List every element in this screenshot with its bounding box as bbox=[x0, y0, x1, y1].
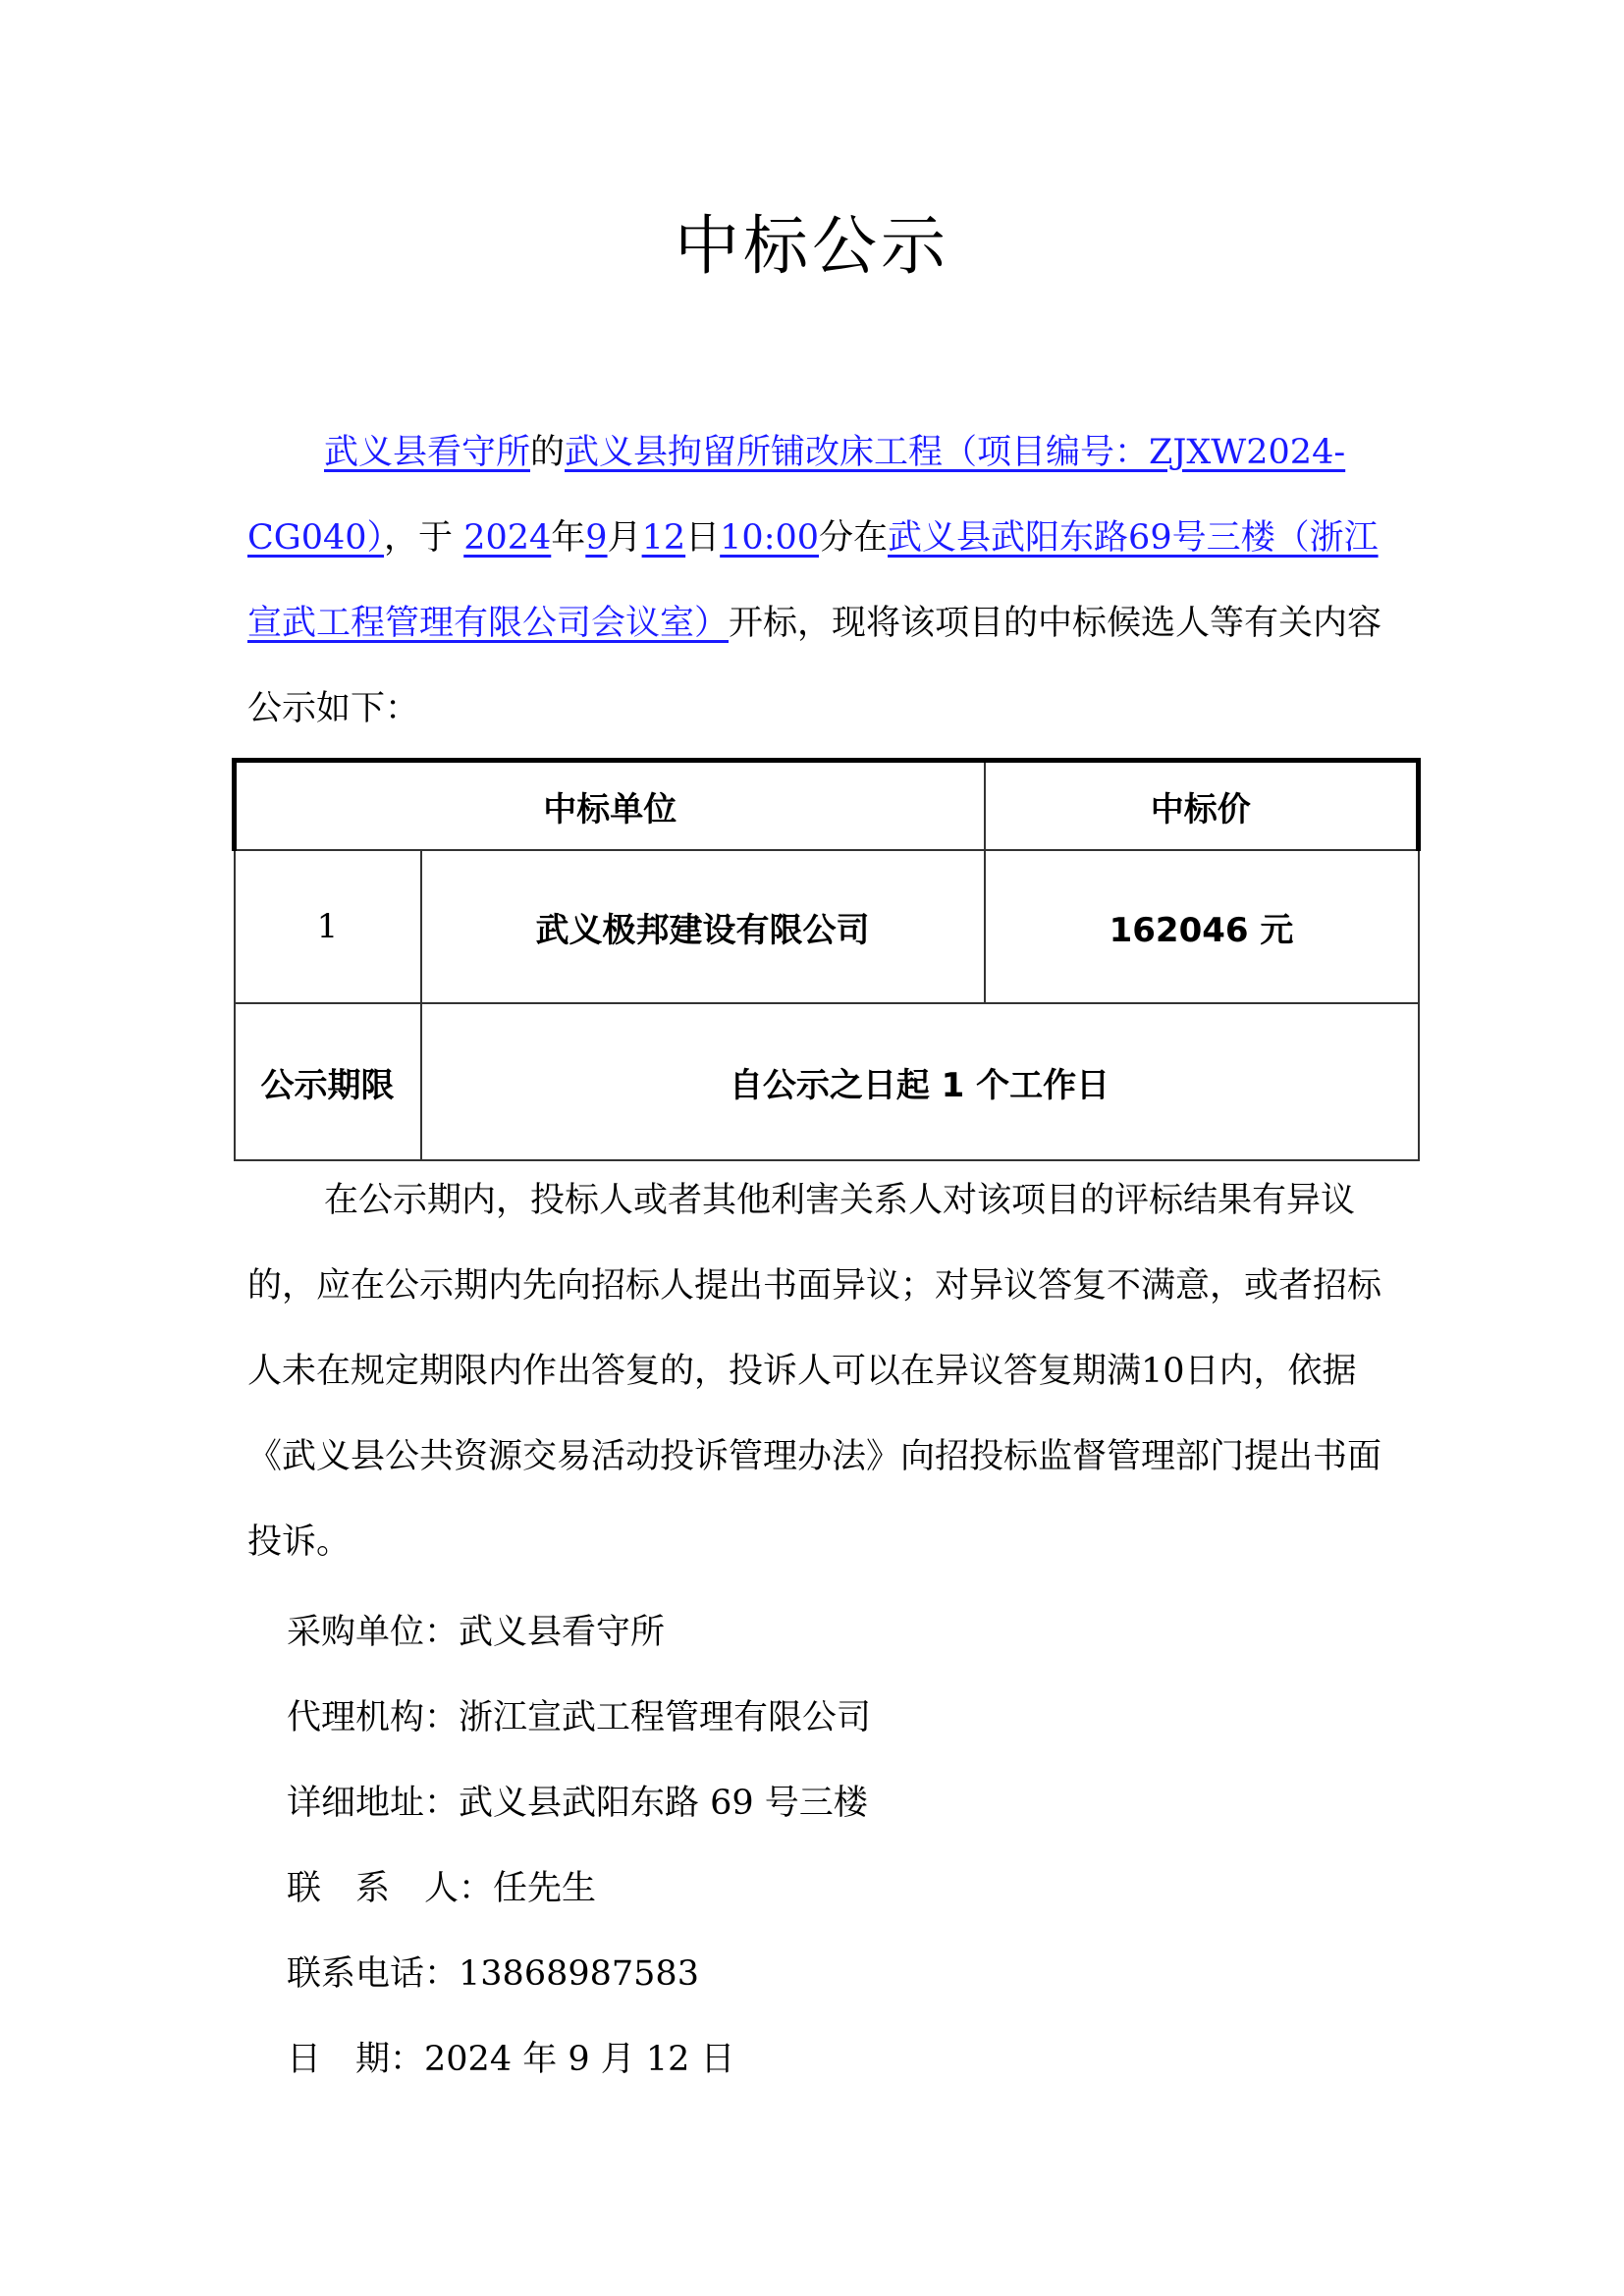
period-value: 自公示之日起 1 个工作日 bbox=[421, 1003, 1419, 1160]
month-link[interactable]: 9 bbox=[585, 518, 607, 558]
row-index: 1 bbox=[235, 850, 421, 1003]
contact-address: 详细地址：武义县武阳东路 69 号三楼 bbox=[287, 1761, 871, 1846]
header-price: 中标价 bbox=[985, 761, 1419, 851]
contact-label: 联 系 人： bbox=[287, 1869, 493, 1908]
time-unit: 分在 bbox=[819, 518, 888, 558]
day-unit: 日 bbox=[685, 518, 720, 558]
contact-phone: 联系电话：13868987583 bbox=[287, 1932, 871, 2017]
table-row-period: 公示期限 自公示之日起 1 个工作日 bbox=[235, 1003, 1419, 1160]
table-row: 1 武义极邦建设有限公司 162046 元 bbox=[235, 850, 1419, 1003]
contact-value: 武义县武阳东路 69 号三楼 bbox=[459, 1784, 868, 1823]
day-link[interactable]: 12 bbox=[642, 518, 686, 558]
notice-paragraph: 在公示期内，投标人或者其他利害关系人对该项目的评标结果有异议的，应在公示期内先向… bbox=[247, 1158, 1396, 1585]
contact-label: 采购单位： bbox=[287, 1613, 459, 1652]
contact-agency: 代理机构：浙江宣武工程管理有限公司 bbox=[287, 1676, 871, 1761]
notice-text: 在公示期内，投标人或者其他利害关系人对该项目的评标结果有异议的，应在公示期内先向… bbox=[247, 1158, 1396, 1585]
period-label: 公示期限 bbox=[235, 1003, 421, 1160]
intro-text-of: 的 bbox=[530, 433, 565, 472]
contact-person: 联 系 人：任先生 bbox=[287, 1846, 871, 1932]
contact-value: 13868987583 bbox=[459, 1954, 699, 1994]
purchaser-link[interactable]: 武义县看守所 bbox=[324, 433, 530, 472]
year-link[interactable]: 2024 bbox=[463, 518, 551, 558]
page-title: 中标公示 bbox=[0, 214, 1624, 279]
contact-value: 武义县看守所 bbox=[459, 1613, 665, 1652]
contact-label: 详细地址： bbox=[287, 1784, 459, 1823]
award-table: 中标单位 中标价 1 武义极邦建设有限公司 162046 元 公示期限 自公示之… bbox=[232, 758, 1421, 1161]
contact-value: 任先生 bbox=[493, 1869, 596, 1908]
intro-text-at: ，于 bbox=[384, 518, 453, 558]
contact-label: 日 期： bbox=[287, 2040, 424, 2079]
contact-label: 联系电话： bbox=[287, 1954, 459, 1994]
table-header-row: 中标单位 中标价 bbox=[235, 761, 1419, 851]
contact-value: 浙江宣武工程管理有限公司 bbox=[459, 1698, 871, 1737]
month-unit: 月 bbox=[608, 518, 642, 558]
time-link[interactable]: 10:00 bbox=[720, 518, 819, 558]
header-winner: 中标单位 bbox=[235, 761, 985, 851]
contact-info: 采购单位：武义县看守所 代理机构：浙江宣武工程管理有限公司 详细地址：武义县武阳… bbox=[287, 1590, 871, 2103]
contact-date: 日 期：2024 年 9 月 12 日 bbox=[287, 2017, 871, 2103]
winner-name: 武义极邦建设有限公司 bbox=[421, 850, 985, 1003]
contact-value: 2024 年 9 月 12 日 bbox=[424, 2040, 735, 2079]
winner-price: 162046 元 bbox=[985, 850, 1419, 1003]
contact-purchaser: 采购单位：武义县看守所 bbox=[287, 1590, 871, 1676]
intro-paragraph: 武义县看守所的武义县拘留所铺改床工程（项目编号：ZJXW2024-CG040），… bbox=[247, 410, 1396, 752]
contact-label: 代理机构： bbox=[287, 1698, 459, 1737]
year-unit: 年 bbox=[551, 518, 585, 558]
